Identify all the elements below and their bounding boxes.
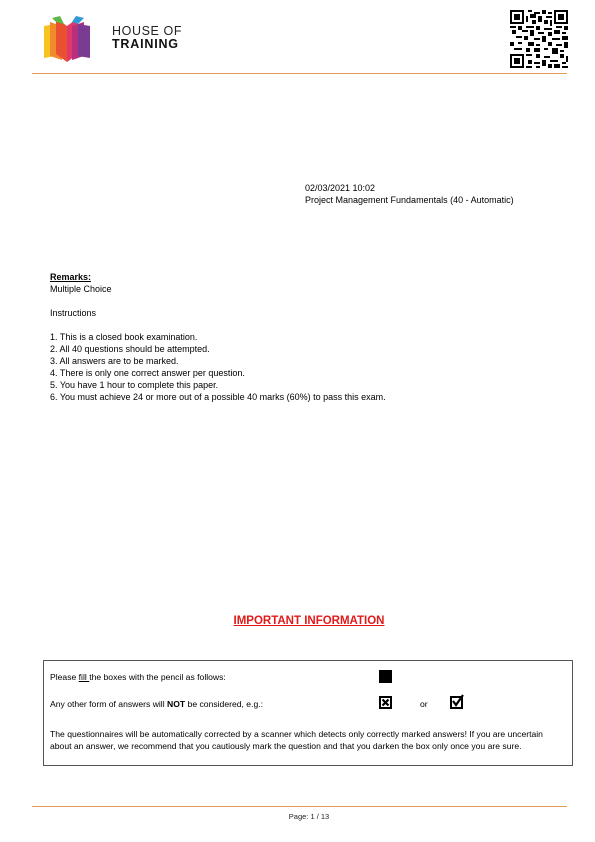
- instruction-item: 4. There is only one correct answer per …: [50, 367, 550, 379]
- remarks-title: Remarks:: [50, 271, 550, 283]
- instruction-item: 2. All 40 questions should be attempted.: [50, 343, 550, 355]
- instruction-item: 6. You must achieve 24 or more out of a …: [50, 391, 550, 403]
- open-book-logo-icon: [42, 16, 92, 62]
- brand-name: HOUSE OF TRAINING: [112, 25, 182, 51]
- checked-box-example-icon: [450, 696, 463, 709]
- marking-instructions-box: Please fill the boxes with the pencil as…: [43, 660, 573, 766]
- scanner-note: The questionnaires will be automatically…: [50, 728, 565, 752]
- important-heading: IMPORTANT INFORMATION: [0, 615, 595, 627]
- invalid-instruction: Any other form of answers will NOT be co…: [50, 699, 263, 709]
- exam-title: Project Management Fundamentals (40 - Au…: [305, 194, 514, 206]
- instruction-item: 1. This is a closed book examination.: [50, 331, 550, 343]
- instruction-item: 5. You have 1 hour to complete this pape…: [50, 379, 550, 391]
- fill-suffix: the boxes with the pencil as follows:: [89, 672, 226, 682]
- instructions-list: 1. This is a closed book examination. 2.…: [50, 331, 550, 403]
- footer-divider: [32, 806, 567, 807]
- fill-prefix: Please: [50, 672, 79, 682]
- exam-datetime: 02/03/2021 10:02: [305, 182, 514, 194]
- or-label: or: [420, 699, 428, 709]
- brand-line-2: TRAINING: [112, 38, 182, 51]
- page-number: Page: 1 / 13: [0, 812, 595, 821]
- instructions-label: Instructions: [50, 307, 550, 319]
- header-divider: [32, 73, 567, 74]
- other-suffix: be considered, e.g.:: [185, 699, 263, 709]
- fill-instruction: Please fill the boxes with the pencil as…: [50, 672, 226, 682]
- filled-box-example-icon: [379, 670, 392, 683]
- other-bold: NOT: [167, 699, 185, 709]
- instruction-item: 3. All answers are to be marked.: [50, 355, 550, 367]
- other-prefix: Any other form of answers will: [50, 699, 167, 709]
- exam-meta: 02/03/2021 10:02 Project Management Fund…: [305, 182, 514, 206]
- crossed-box-example-icon: [379, 696, 392, 709]
- fill-word: fill: [79, 672, 90, 682]
- qr-code-icon: [510, 10, 568, 68]
- remarks-section: Remarks: Multiple Choice Instructions 1.…: [50, 271, 550, 403]
- exam-type: Multiple Choice: [50, 283, 550, 295]
